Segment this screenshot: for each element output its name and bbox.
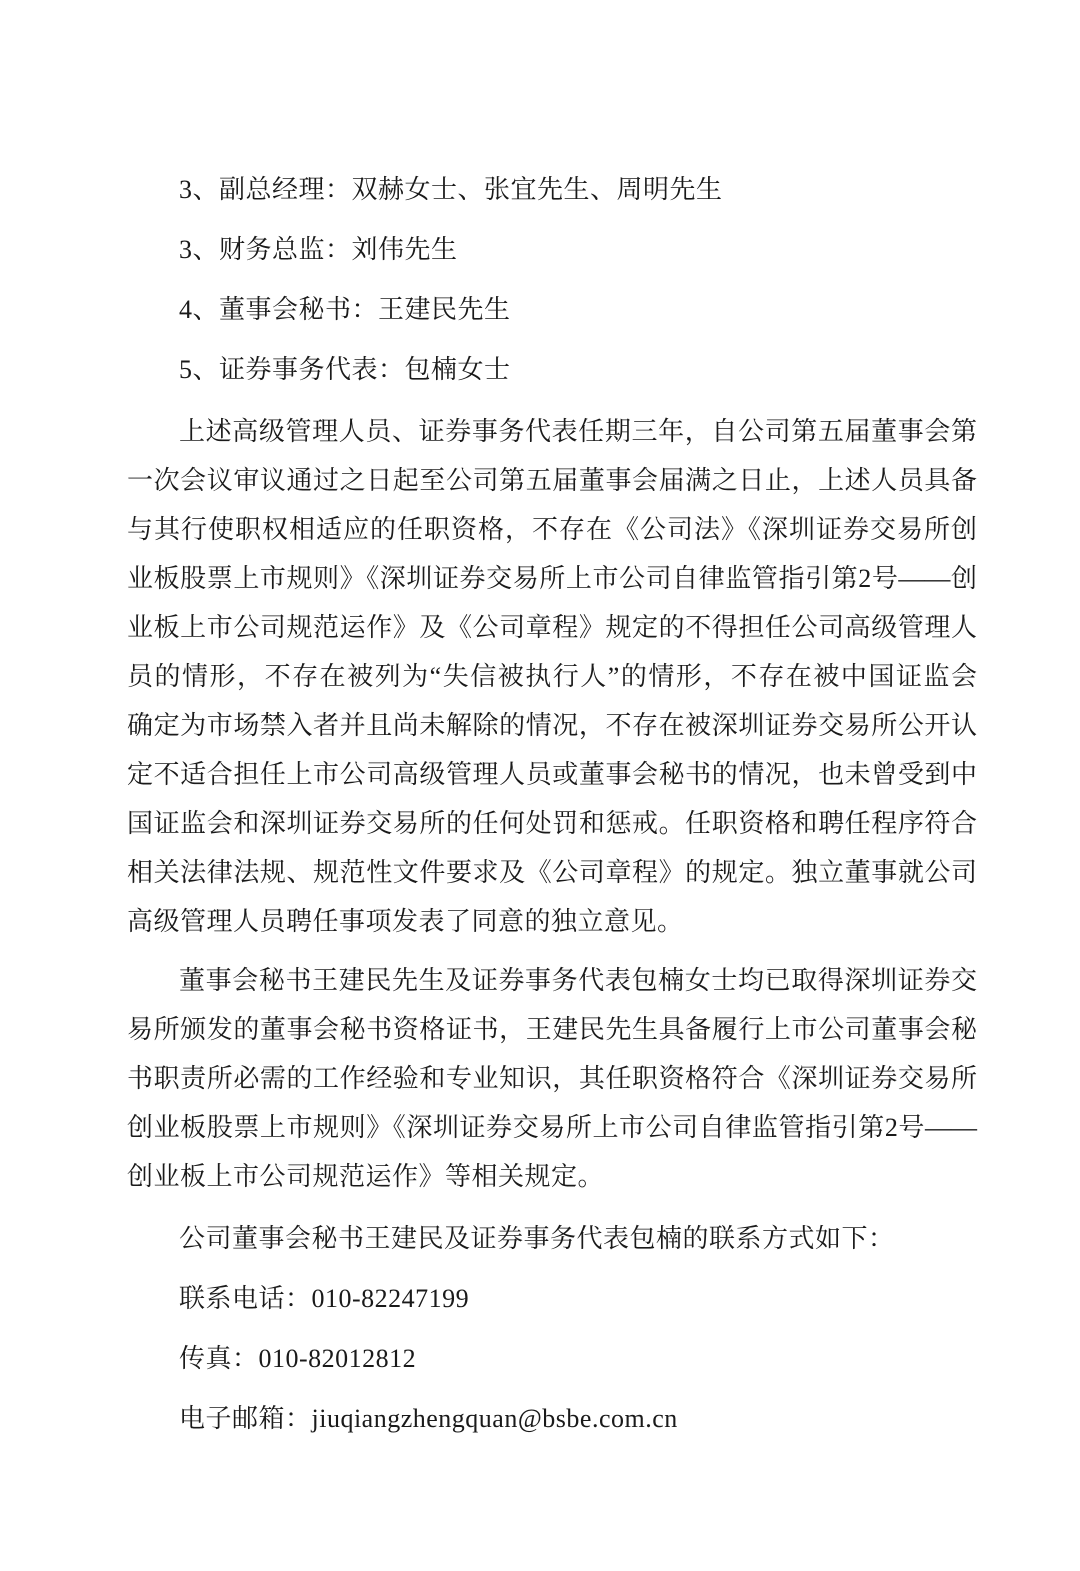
paragraph-line: 创业板股票上市规则》《深圳证券交易所上市公司自律监管指引第2号——: [127, 1103, 977, 1152]
paragraph-line: 一次会议审议通过之日起至公司第五届董事会届满之日止，上述人员具备: [127, 456, 977, 505]
list-item-deputy-general-manager: 3、副总经理：双赫女士、张宜先生、周明先生: [127, 160, 977, 220]
contact-intro: 公司董事会秘书王建民及证券事务代表包楠的联系方式如下：: [127, 1209, 977, 1269]
list-item-board-secretary: 4、董事会秘书：王建民先生: [127, 280, 977, 340]
contact-fax: 传真：010-82012812: [127, 1329, 977, 1389]
contact-email-value: jiuqiangzhengquan@bsbe.com.cn: [312, 1404, 678, 1433]
paragraph-line: 业板上市公司规范运作》及《公司章程》规定的不得担任公司高级管理人: [127, 603, 977, 652]
list-item-finance-director: 3、财务总监：刘伟先生: [127, 220, 977, 280]
paragraph-qualifications: 上述高级管理人员、证券事务代表任期三年，自公司第五届董事会第 一次会议审议通过之…: [127, 407, 977, 946]
paragraph-line: 上述高级管理人员、证券事务代表任期三年，自公司第五届董事会第: [127, 407, 977, 456]
contact-email: 电子邮箱：jiuqiangzhengquan@bsbe.com.cn: [127, 1389, 977, 1449]
paragraph-line: 书职责所必需的工作经验和专业知识，其任职资格符合《深圳证券交易所: [127, 1054, 977, 1103]
paragraph-secretary-qualification: 董事会秘书王建民先生及证券事务代表包楠女士均已取得深圳证券交 易所颁发的董事会秘…: [127, 956, 977, 1201]
paragraph-line: 国证监会和深圳证券交易所的任何处罚和惩戒。任职资格和聘任程序符合: [127, 799, 977, 848]
list-item-securities-representative: 5、证券事务代表：包楠女士: [127, 340, 977, 400]
contact-email-label: 电子邮箱：: [179, 1404, 312, 1433]
paragraph-line: 与其行使职权相适应的任职资格，不存在《公司法》《深圳证券交易所创: [127, 505, 977, 554]
document-page: 3、副总经理：双赫女士、张宜先生、周明先生 3、财务总监：刘伟先生 4、董事会秘…: [0, 0, 1080, 1571]
paragraph-line: 创业板上市公司规范运作》等相关规定。: [127, 1152, 977, 1201]
paragraph-line: 相关法律法规、规范性文件要求及《公司章程》的规定。独立董事就公司: [127, 848, 977, 897]
contact-phone: 联系电话：010-82247199: [127, 1269, 977, 1329]
paragraph-line: 确定为市场禁入者并且尚未解除的情况，不存在被深圳证券交易所公开认: [127, 701, 977, 750]
paragraph-line: 高级管理人员聘任事项发表了同意的独立意见。: [127, 897, 977, 946]
document-body: 3、副总经理：双赫女士、张宜先生、周明先生 3、财务总监：刘伟先生 4、董事会秘…: [127, 160, 977, 1449]
contact-fax-value: 010-82012812: [259, 1344, 417, 1373]
contact-phone-value: 010-82247199: [312, 1284, 470, 1313]
paragraph-line: 员的情形，不存在被列为“失信被执行人”的情形，不存在被中国证监会: [127, 652, 977, 701]
paragraph-line: 业板股票上市规则》《深圳证券交易所上市公司自律监管指引第2号——创: [127, 554, 977, 603]
paragraph-line: 易所颁发的董事会秘书资格证书，王建民先生具备履行上市公司董事会秘: [127, 1005, 977, 1054]
contact-info: 公司董事会秘书王建民及证券事务代表包楠的联系方式如下： 联系电话：010-822…: [127, 1209, 977, 1449]
contact-phone-label: 联系电话：: [179, 1284, 312, 1313]
paragraph-line: 定不适合担任上市公司高级管理人员或董事会秘书的情况，也未曾受到中: [127, 750, 977, 799]
paragraph-line: 董事会秘书王建民先生及证券事务代表包楠女士均已取得深圳证券交: [127, 956, 977, 1005]
contact-fax-label: 传真：: [179, 1344, 259, 1373]
appointment-list: 3、副总经理：双赫女士、张宜先生、周明先生 3、财务总监：刘伟先生 4、董事会秘…: [127, 160, 977, 400]
